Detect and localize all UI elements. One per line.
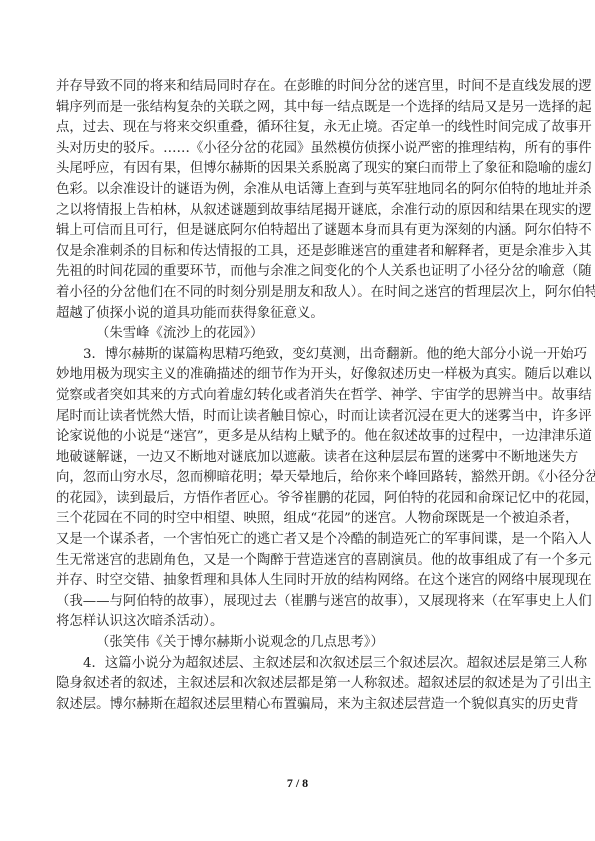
paragraph-4: 4．这篇小说分为超叙述层、主叙述层和次叙述层三个叙述层次。超叙述层是第三人称 隐… [56,654,540,716]
citation-zhu-xuefeng: （朱雪峰《流沙上的花园》） [56,324,540,345]
text-line: 又是一个谋杀者，一个害怕死亡的逃亡者又是个冷酷的制造死亡的军事间谍，是一个陷入人 [56,530,540,551]
text-line: 头尾呼应，有因有果，但博尔赫斯的因果关系脱离了现实的窠臼而带上了象征和隐喻的虚幻 [56,159,540,180]
text-line: 点，过去、现在与将来交织重叠，循环往复，永无止境。否定单一的线性时间完成了故事开 [56,118,540,139]
text-line: 辑上可信而且可行，但是谜底阿尔伯特超出了谜题本身而具有更为深刻的内涵。阿尔伯特不 [56,221,540,242]
text-line: 向，忽而山穷水尽，忽而柳暗花明；晕天晕地后，给你来个峰回路转，豁然开朗。《小径分… [56,468,540,489]
text-line: 觉察或者突如其来的方式向着虚幻转化或者消失在哲学、神学、宇宙学的思辨当中。故事结 [56,386,540,407]
text-line: 超越了侦探小说的道具功能而获得象征意义。 [56,304,540,325]
paragraph-3: 3．博尔赫斯的谋篇构思精巧绝致，变幻莫测，出奇翻新。他的绝大部分小说一开始巧 妙… [56,345,540,633]
text-line: 着小径的分岔他们在不同的时刻分别是朋友和敌人）。在时间之迷宫的哲理层次上，阿尔伯… [56,283,540,304]
text-line: 4．这篇小说分为超叙述层、主叙述层和次叙述层三个叙述层次。超叙述层是第三人称 [56,654,540,675]
text-line: 辑序列而是一张结构复杂的关联之网，其中每一结点既是一个选择的结局又是另一选择的起 [56,98,540,119]
text-line: 的花园》，读到最后，方悟作者匠心。爷爷崔鹏的花园，阿伯特的花园和俞琛记忆中的花园… [56,489,540,510]
text-line: 并存导致不同的将来和结局同时存在。在彭睢的时间分岔的迷宫里，时间不是直线发展的逻 [56,77,540,98]
text-line: 并存、时空交错、抽象哲理和具体人生同时开放的结构网络。在这个迷宫的网络中展现现在 [56,571,540,592]
text-line: 仅是余准刺杀的目标和传达情报的工具，还是彭睢迷宫的重建者和解释者，更是余准步入其 [56,242,540,263]
document-page: 并存导致不同的将来和结局同时存在。在彭睢的时间分岔的迷宫里，时间不是直线发展的逻… [0,0,595,841]
text-line: 色彩。以余准设计的谜语为例，余准从电话簿上查到与英军驻地同名的阿尔伯特的地址并杀 [56,180,540,201]
text-line: 地破谜解谜，一边又不断地对谜底加以遮蔽。读者在这种层层布置的迷雾中不断地迷失方 [56,448,540,469]
paragraph-continuation: 并存导致不同的将来和结局同时存在。在彭睢的时间分岔的迷宫里，时间不是直线发展的逻… [56,77,540,324]
text-line: 论家说他的小说是“迷宫”，更多是从结构上赋予的。他在叙述故事的过程中，一边津津乐… [56,427,540,448]
page-number: 7 / 8 [0,776,595,791]
text-line: 隐身叙述者的叙述，主叙述层和次叙述层都是第一人称叙述。超叙述层的叙述是为了引出主 [56,674,540,695]
text-line: 之以将情报上告柏林，从叙述谜题到故事结尾揭开谜底，余准行动的原因和结果在现实的逻 [56,201,540,222]
citation-zhang-xiaowei: （张笑伟《关于博尔赫斯小说观念的几点思考》） [56,633,540,654]
text-line: 头对历史的驳斥。……《小径分岔的花园》虽然模仿侦探小说严密的推理结构，所有的事件 [56,139,540,160]
text-line: 妙地用极为现实主义的准确描述的细节作为开头，好像叙述历史一样极为真实。随后以难以 [56,365,540,386]
text-line: 生无常迷宫的悲剧角色，又是一个陶醉于营造迷宫的喜剧演员。他的故事组成了有一个多元 [56,551,540,572]
body-text: 并存导致不同的将来和结局同时存在。在彭睢的时间分岔的迷宫里，时间不是直线发展的逻… [56,77,540,715]
text-line: 叙述层。博尔赫斯在超叙述层里精心布置骗局，来为主叙述层营造一个貌似真实的历史背 [56,695,540,716]
text-line: 三个花园在不同的时空中相望、映照，组成“花园”的迷宫。人物俞琛既是一个被迫杀者， [56,509,540,530]
text-line: 尾时而让读者恍然大悟，时而让读者触目惊心，时而让读者沉浸在更大的迷雾当中，许多评 [56,407,540,428]
text-line: （我——与阿伯特的故事），展现过去（崔鹏与迷宫的故事），又展现将来（在军事史上人… [56,592,540,613]
text-line: 将怎样认识这次暗杀活动）。 [56,612,540,633]
text-line: 3．博尔赫斯的谋篇构思精巧绝致，变幻莫测，出奇翻新。他的绝大部分小说一开始巧 [56,345,540,366]
text-line: 先祖的时间花园的重要环节，而他与余准之间变化的个人关系也证明了小径分岔的喻意（随 [56,262,540,283]
